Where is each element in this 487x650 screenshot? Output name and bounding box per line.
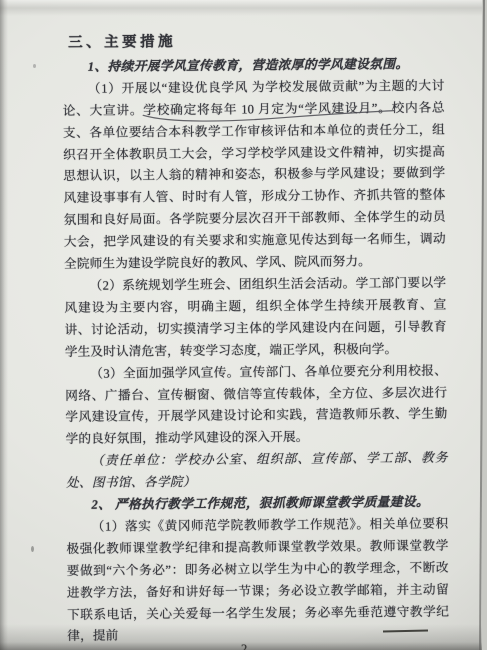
subheading-measure-1: 1、持续开展学风宣传教育，营造浓厚的学风建设氛围。 (62, 54, 444, 79)
paper-left-edge-shadow (0, 0, 8, 650)
section-heading: 三、主要措施 (62, 30, 444, 55)
page-number: 2 (241, 642, 247, 650)
footnote-rule (383, 630, 428, 633)
paper-speck (33, 64, 36, 68)
paragraph-1-post: 校内各总支、各单位要结合本科教学工作审核评估和本单位的责任分工，组织召开全体教职… (63, 100, 446, 271)
paragraph-4: （1）落实《黄冈师范学院教师教学工作规范》。相关单位要积极强化教师课堂教学纪律和… (66, 514, 449, 649)
pen-underlined-phrase: 学校确定将每年 10 月定为“学风建设月”。 (143, 101, 391, 117)
document-photo: 三、主要措施 1、持续开展学风宣传教育，营造浓厚的学风建设氛围。 （1）开展以“… (0, 0, 487, 650)
paragraph-2: （2）系统规划学生班会、团组织生活会活动。学工部门要以学风建设为主要内容，明确主… (64, 273, 447, 364)
paper-sheet: 三、主要措施 1、持续开展学风宣传教育，营造浓厚的学风建设氛围。 （1）开展以“… (0, 0, 482, 650)
responsible-units-note: （责任单位：学校办公室、组织部、宣传部、学工部、教务处、图书馆、各学院） (66, 448, 448, 495)
paper-speck (31, 546, 34, 552)
paragraph-1-underlined-text: 学校确定将每年 10 月定为“学风建设月”。 (143, 101, 391, 117)
document-content: 三、主要措施 1、持续开展学风宣传教育，营造浓厚的学风建设氛围。 （1）开展以“… (62, 30, 449, 649)
paragraph-3: （3）全面加强学风宣传。宣传部门、各单位要充分利用校报、网络、广播台、宣传橱窗、… (65, 360, 448, 451)
paragraph-1: （1）开展以“建设优良学风 为学校发展做贡献”为主题的大讨论、大宣讲。学校确定将… (62, 75, 446, 275)
